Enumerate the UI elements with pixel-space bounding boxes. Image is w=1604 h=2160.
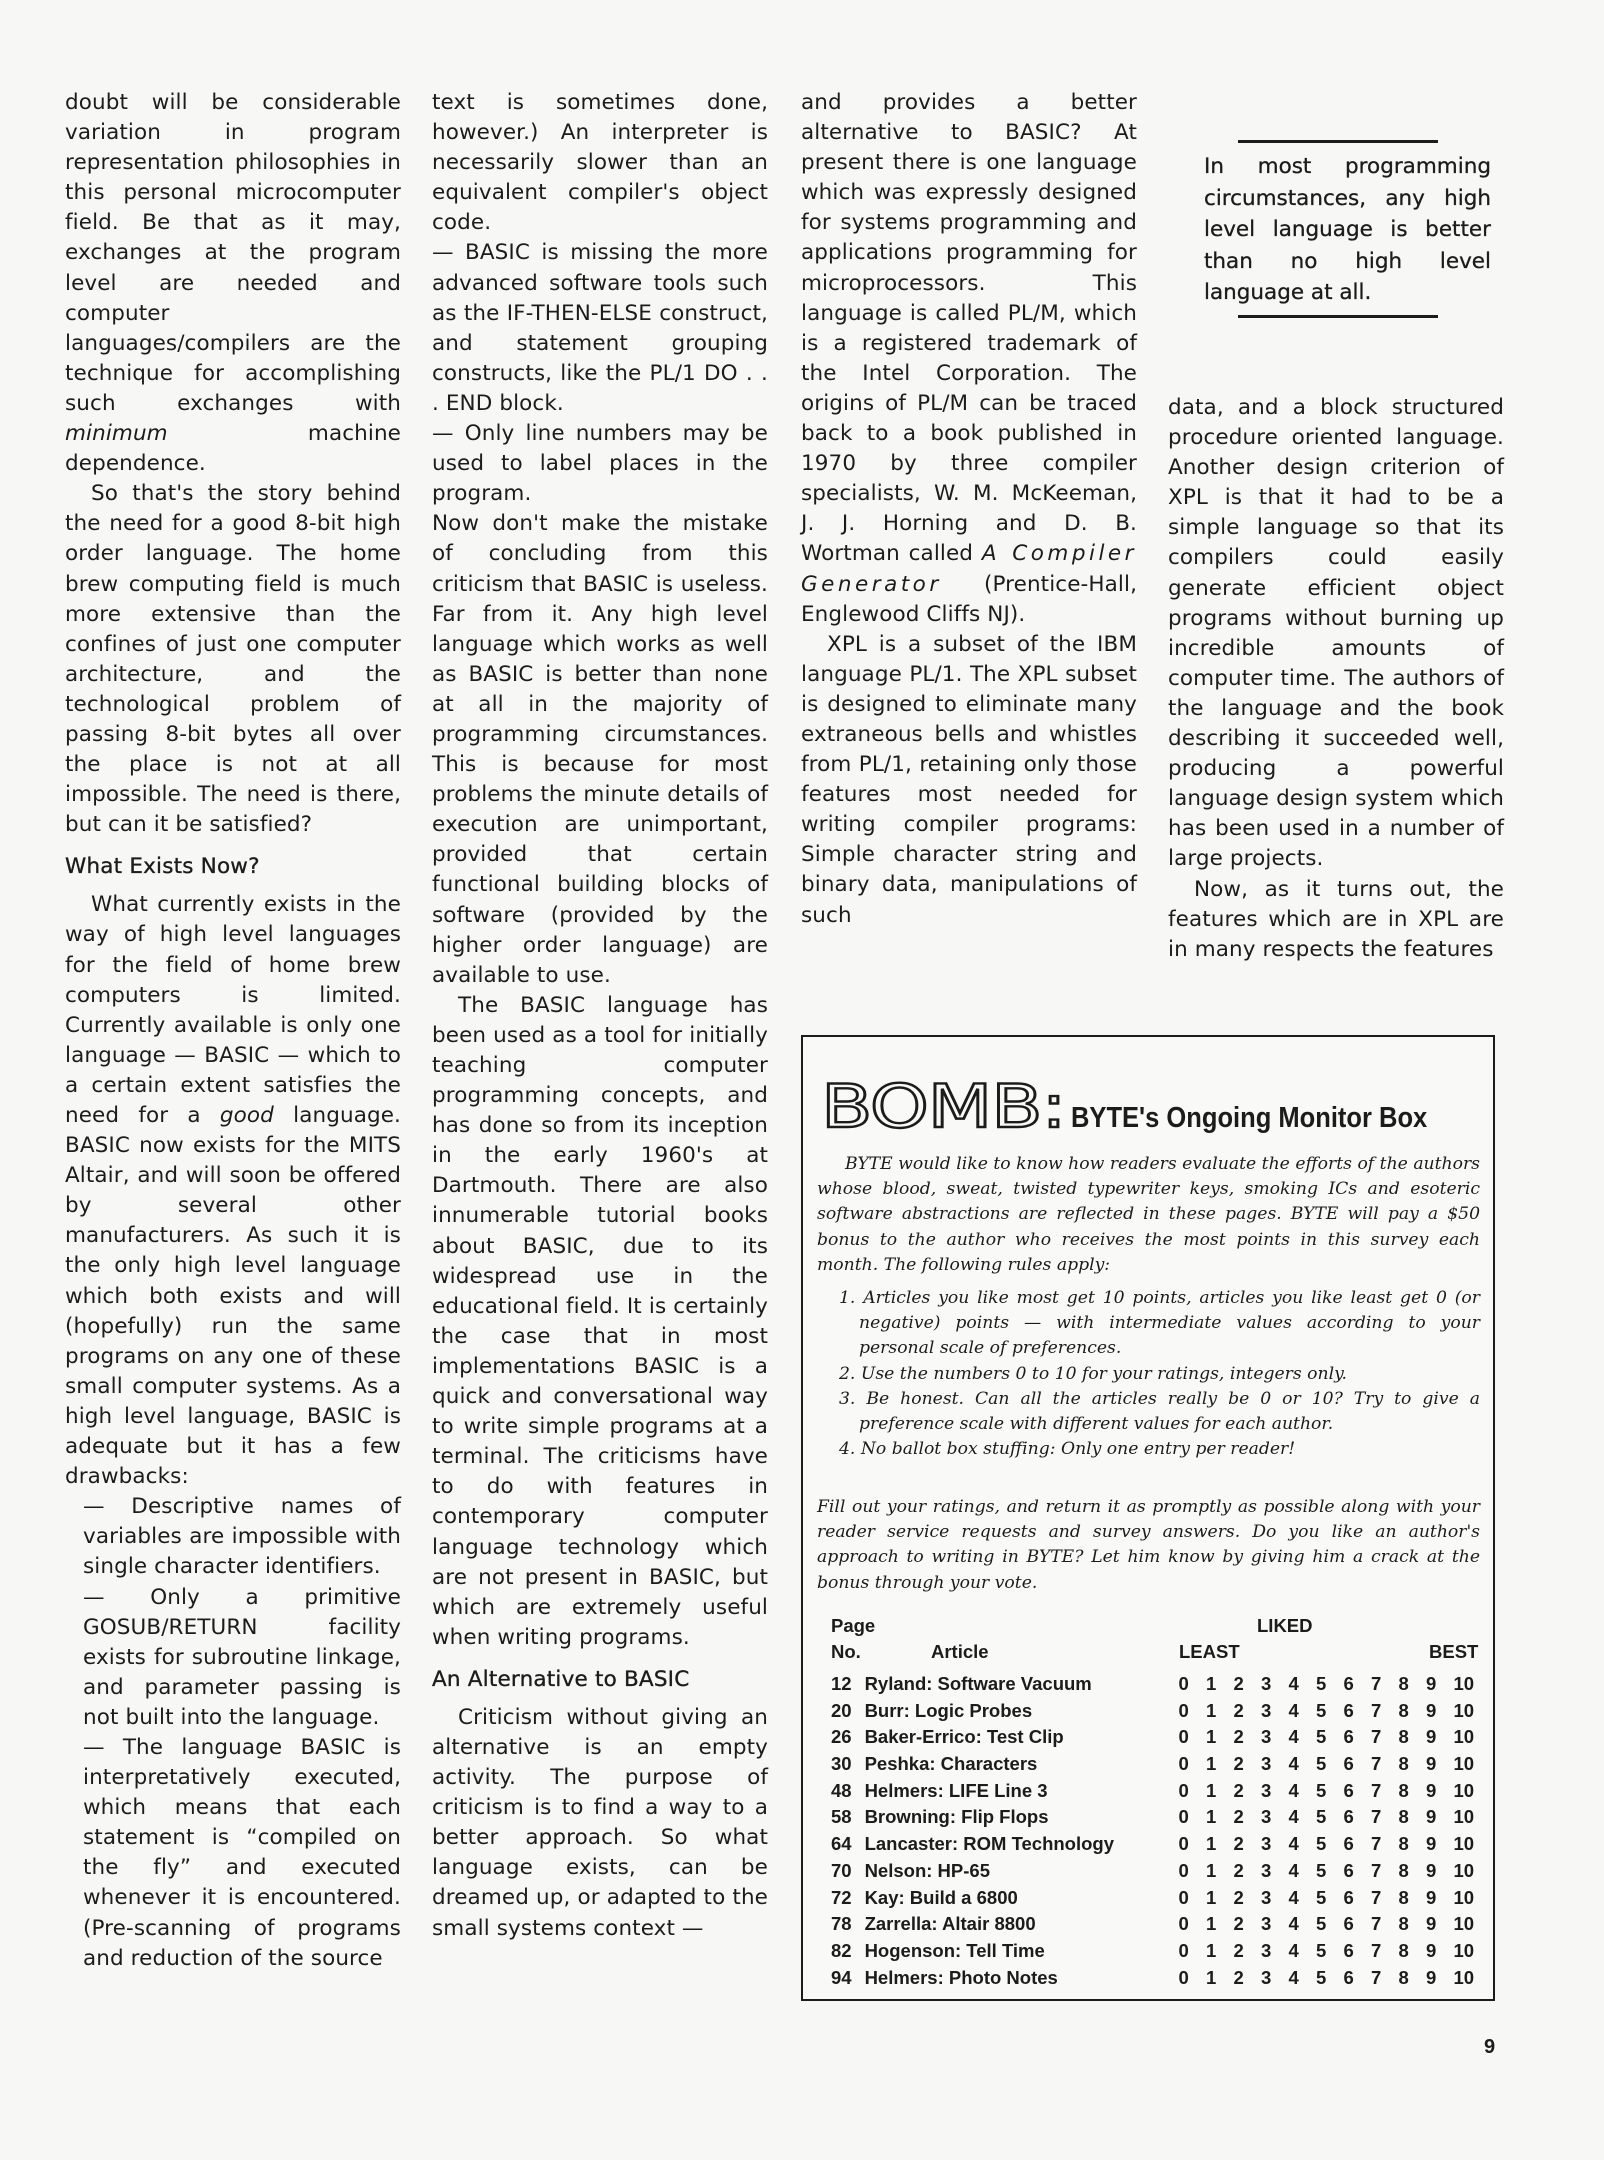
rating-option[interactable]: 4 — [1289, 1858, 1317, 1885]
rating-option[interactable]: 0 — [1179, 1724, 1207, 1751]
rating-scale: 012345678910 — [1179, 1698, 1482, 1725]
rating-option[interactable]: 9 — [1426, 1724, 1454, 1751]
rating-option[interactable]: 5 — [1316, 1858, 1344, 1885]
rating-scale: 012345678910 — [1179, 1885, 1482, 1912]
rating-option[interactable]: 10 — [1454, 1804, 1482, 1831]
rating-option[interactable]: 6 — [1344, 1911, 1372, 1938]
rating-option[interactable]: 0 — [1179, 1885, 1207, 1912]
header-page: Page — [831, 1615, 875, 1637]
rating-option[interactable]: 9 — [1426, 1965, 1454, 1992]
rating-option[interactable]: 10 — [1454, 1911, 1482, 1938]
rating-option[interactable]: 10 — [1454, 1831, 1482, 1858]
rating-option[interactable]: 2 — [1234, 1938, 1262, 1965]
page-no: 78 — [831, 1911, 865, 1938]
rating-option[interactable]: 6 — [1344, 1671, 1372, 1698]
rating-option[interactable]: 3 — [1261, 1751, 1289, 1778]
table-row: 94Helmers: Photo Notes012345678910 — [831, 1965, 1481, 1992]
rating-option[interactable]: 9 — [1426, 1885, 1454, 1912]
rule-item: 3. Be honest. Can all the articles reall… — [839, 1387, 1480, 1437]
rating-option[interactable]: 2 — [1234, 1698, 1262, 1725]
list-item: — Only a primitive GOSUB/RETURN facility… — [65, 1583, 401, 1733]
rating-option[interactable]: 4 — [1289, 1885, 1317, 1912]
rating-option[interactable]: 4 — [1289, 1671, 1317, 1698]
rating-option[interactable]: 1 — [1206, 1858, 1234, 1885]
rating-option[interactable]: 9 — [1426, 1698, 1454, 1725]
rating-option[interactable]: 2 — [1234, 1724, 1262, 1751]
article-column-3: and provides a better alternative to BAS… — [801, 88, 1137, 931]
rating-option[interactable]: 2 — [1234, 1965, 1262, 1992]
table-row: 30Peshka: Characters012345678910 — [831, 1751, 1481, 1778]
rule-item: 1. Articles you like most get 10 points,… — [839, 1286, 1480, 1362]
rating-option[interactable]: 5 — [1316, 1938, 1344, 1965]
rating-option[interactable]: 1 — [1206, 1911, 1234, 1938]
rating-option[interactable]: 1 — [1206, 1965, 1234, 1992]
paragraph: data, and a block structured procedure o… — [1168, 393, 1504, 875]
rating-option[interactable]: 1 — [1206, 1698, 1234, 1725]
rating-option[interactable]: 6 — [1344, 1965, 1372, 1992]
divider — [1238, 315, 1438, 318]
page-no: 72 — [831, 1885, 865, 1912]
header-least: LEAST — [1179, 1641, 1240, 1663]
rating-option[interactable]: 9 — [1426, 1671, 1454, 1698]
paragraph: Now, as it turns out, the features which… — [1168, 875, 1504, 965]
table-row: 64Lancaster: ROM Technology012345678910 — [831, 1831, 1481, 1858]
rating-option[interactable]: 6 — [1344, 1831, 1372, 1858]
bomb-title: BOMB: BYTE's Ongoing Monitor Box — [821, 1077, 1476, 1137]
rating-option[interactable]: 5 — [1316, 1778, 1344, 1805]
article-title: Browning: Flip Flops — [865, 1804, 1179, 1831]
pull-quote: In most programming circumstances, any h… — [1168, 140, 1501, 318]
rating-option[interactable]: 5 — [1316, 1698, 1344, 1725]
rating-option[interactable]: 1 — [1206, 1831, 1234, 1858]
rating-option[interactable]: 1 — [1206, 1751, 1234, 1778]
rating-option[interactable]: 8 — [1399, 1671, 1427, 1698]
article-column-4: data, and a block structured procedure o… — [1168, 393, 1504, 965]
rating-option[interactable]: 7 — [1371, 1724, 1399, 1751]
page-no: 26 — [831, 1724, 865, 1751]
rating-option[interactable]: 3 — [1261, 1671, 1289, 1698]
rating-option[interactable]: 8 — [1399, 1965, 1427, 1992]
rating-option[interactable]: 1 — [1206, 1885, 1234, 1912]
rating-option[interactable]: 7 — [1371, 1858, 1399, 1885]
article-title: Kay: Build a 6800 — [865, 1885, 1179, 1912]
header-article: Article — [931, 1641, 989, 1663]
rule-item: 4. No ballot box stuffing: Only one entr… — [839, 1437, 1480, 1462]
text: language. BASIC now exists for the MITS … — [65, 1103, 401, 1489]
rating-option[interactable]: 1 — [1206, 1671, 1234, 1698]
rating-option[interactable]: 3 — [1261, 1698, 1289, 1725]
paragraph: The BASIC language has been used as a to… — [432, 991, 768, 1653]
rating-option[interactable]: 3 — [1261, 1885, 1289, 1912]
article-title: Ryland: Software Vacuum — [865, 1671, 1179, 1698]
rating-option[interactable]: 9 — [1426, 1831, 1454, 1858]
rating-scale: 012345678910 — [1179, 1724, 1482, 1751]
rating-option[interactable]: 0 — [1179, 1858, 1207, 1885]
list-item: — BASIC is missing the more advanced sof… — [432, 238, 768, 419]
rating-option[interactable]: 4 — [1289, 1965, 1317, 1992]
article-title: Helmers: Photo Notes — [865, 1965, 1179, 1992]
rating-option[interactable]: 5 — [1316, 1804, 1344, 1831]
rating-option[interactable]: 3 — [1261, 1938, 1289, 1965]
rating-option[interactable]: 7 — [1371, 1671, 1399, 1698]
text: doubt will be considerable variation in … — [65, 90, 401, 416]
rating-option[interactable]: 3 — [1261, 1858, 1289, 1885]
rating-option[interactable]: 9 — [1426, 1858, 1454, 1885]
header-best: BEST — [1429, 1641, 1478, 1663]
rating-option[interactable]: 4 — [1289, 1911, 1317, 1938]
rating-option[interactable]: 8 — [1399, 1778, 1427, 1805]
paragraph: text is sometimes done, however.) An int… — [432, 88, 768, 238]
rating-option[interactable]: 10 — [1454, 1751, 1482, 1778]
bomb-closing: Fill out your ratings, and return it as … — [817, 1495, 1480, 1596]
table-row: 78Zarrella: Altair 8800012345678910 — [831, 1911, 1481, 1938]
table-body: 12Ryland: Software Vacuum01234567891020B… — [831, 1671, 1481, 1991]
rating-scale: 012345678910 — [1179, 1751, 1482, 1778]
rating-option[interactable]: 6 — [1344, 1804, 1372, 1831]
rating-option[interactable]: 1 — [1206, 1804, 1234, 1831]
rating-option[interactable]: 10 — [1454, 1698, 1482, 1725]
intro-text: BYTE would like to know how readers eval… — [817, 1152, 1480, 1278]
page-no: 64 — [831, 1831, 865, 1858]
rating-scale: 012345678910 — [1179, 1858, 1482, 1885]
rating-option[interactable]: 8 — [1399, 1724, 1427, 1751]
rating-option[interactable]: 0 — [1179, 1831, 1207, 1858]
rating-option[interactable]: 9 — [1426, 1778, 1454, 1805]
rating-option[interactable]: 10 — [1454, 1778, 1482, 1805]
page-no: 70 — [831, 1858, 865, 1885]
page-no: 94 — [831, 1965, 865, 1992]
rating-option[interactable]: 2 — [1234, 1911, 1262, 1938]
rating-option[interactable]: 0 — [1179, 1778, 1207, 1805]
rating-option[interactable]: 7 — [1371, 1778, 1399, 1805]
text: and provides a better alternative to BAS… — [801, 90, 1137, 566]
list-item: — Only line numbers may be used to label… — [432, 419, 768, 509]
rating-option[interactable]: 6 — [1344, 1938, 1372, 1965]
article-title: Peshka: Characters — [865, 1751, 1179, 1778]
article-column-2: text is sometimes done, however.) An int… — [432, 88, 768, 1944]
rating-option[interactable]: 3 — [1261, 1804, 1289, 1831]
rating-option[interactable]: 5 — [1316, 1911, 1344, 1938]
rating-option[interactable]: 7 — [1371, 1938, 1399, 1965]
page-number: 9 — [1484, 2036, 1495, 2059]
article-title: Helmers: LIFE Line 3 — [865, 1778, 1179, 1805]
rating-option[interactable]: 7 — [1371, 1911, 1399, 1938]
article-column-1: doubt will be considerable variation in … — [65, 88, 401, 1974]
paragraph: What currently exists in the way of high… — [65, 890, 401, 1492]
list-item: — Descriptive names of variables are imp… — [65, 1492, 401, 1582]
text: What currently exists in the way of high… — [65, 892, 401, 1128]
page-no: 58 — [831, 1804, 865, 1831]
rating-option[interactable]: 8 — [1399, 1911, 1427, 1938]
rating-option[interactable]: 10 — [1454, 1671, 1482, 1698]
table-row: 72Kay: Build a 6800012345678910 — [831, 1885, 1481, 1912]
paragraph: doubt will be considerable variation in … — [65, 88, 401, 479]
table-row: 12Ryland: Software Vacuum012345678910 — [831, 1671, 1481, 1698]
rating-option[interactable]: 2 — [1234, 1751, 1262, 1778]
rating-option[interactable]: 1 — [1206, 1938, 1234, 1965]
rating-option[interactable]: 5 — [1316, 1831, 1344, 1858]
rating-option[interactable]: 0 — [1179, 1751, 1207, 1778]
closing-text: Fill out your ratings, and return it as … — [817, 1495, 1480, 1596]
rating-option[interactable]: 0 — [1179, 1804, 1207, 1831]
bomb-intro: BYTE would like to know how readers eval… — [817, 1152, 1480, 1278]
rating-option[interactable]: 6 — [1344, 1885, 1372, 1912]
rating-option[interactable]: 5 — [1316, 1885, 1344, 1912]
rating-option[interactable]: 5 — [1316, 1724, 1344, 1751]
article-title: Lancaster: ROM Technology — [865, 1831, 1179, 1858]
rating-option[interactable]: 0 — [1179, 1911, 1207, 1938]
rating-option[interactable]: 6 — [1344, 1698, 1372, 1725]
paragraph: So that's the story behind the need for … — [65, 479, 401, 840]
rating-option[interactable]: 1 — [1206, 1778, 1234, 1805]
rating-option[interactable]: 7 — [1371, 1804, 1399, 1831]
table-row: 82Hogenson: Tell Time012345678910 — [831, 1938, 1481, 1965]
rating-option[interactable]: 0 — [1179, 1965, 1207, 1992]
rating-option[interactable]: 2 — [1234, 1671, 1262, 1698]
rating-option[interactable]: 6 — [1344, 1778, 1372, 1805]
rating-option[interactable]: 0 — [1179, 1938, 1207, 1965]
article-title: Nelson: HP-65 — [865, 1858, 1179, 1885]
rating-scale: 012345678910 — [1179, 1965, 1482, 1992]
rating-scale: 012345678910 — [1179, 1804, 1482, 1831]
header-liked: LIKED — [1257, 1615, 1313, 1637]
rating-option[interactable]: 2 — [1234, 1885, 1262, 1912]
page-no: 48 — [831, 1778, 865, 1805]
rating-option[interactable]: 8 — [1399, 1858, 1427, 1885]
section-heading: What Exists Now? — [65, 852, 401, 882]
bomb-survey-box: BOMB: BYTE's Ongoing Monitor Box BYTE wo… — [801, 1035, 1495, 2001]
table-row: 26Baker-Errico: Test Clip012345678910 — [831, 1724, 1481, 1751]
rating-option[interactable]: 2 — [1234, 1804, 1262, 1831]
article-title: Zarrella: Altair 8800 — [865, 1911, 1179, 1938]
rating-option[interactable]: 10 — [1454, 1724, 1482, 1751]
rating-option[interactable]: 4 — [1289, 1751, 1317, 1778]
rating-option[interactable]: 10 — [1454, 1938, 1482, 1965]
rating-option[interactable]: 2 — [1234, 1831, 1262, 1858]
paragraph: and provides a better alternative to BAS… — [801, 88, 1137, 630]
article-title: Baker-Errico: Test Clip — [865, 1724, 1179, 1751]
rating-option[interactable]: 9 — [1426, 1751, 1454, 1778]
rules-list: 1. Articles you like most get 10 points,… — [839, 1286, 1480, 1462]
rating-option[interactable]: 10 — [1454, 1885, 1482, 1912]
rating-option[interactable]: 9 — [1426, 1938, 1454, 1965]
table-row: 48Helmers: LIFE Line 3012345678910 — [831, 1778, 1481, 1805]
rating-option[interactable]: 8 — [1399, 1698, 1427, 1725]
rating-option[interactable]: 1 — [1206, 1724, 1234, 1751]
rating-option[interactable]: 5 — [1316, 1965, 1344, 1992]
rating-scale: 012345678910 — [1179, 1911, 1482, 1938]
page-no: 30 — [831, 1751, 865, 1778]
rating-option[interactable]: 4 — [1289, 1778, 1317, 1805]
rating-option[interactable]: 6 — [1344, 1751, 1372, 1778]
rating-option[interactable]: 3 — [1261, 1911, 1289, 1938]
page-no: 20 — [831, 1698, 865, 1725]
bomb-subtitle: BYTE's Ongoing Monitor Box — [1071, 1102, 1427, 1135]
table-row: 20Burr: Logic Probes012345678910 — [831, 1698, 1481, 1725]
rating-option[interactable]: 5 — [1316, 1751, 1344, 1778]
paragraph: Criticism without giving an alternative … — [432, 1703, 768, 1944]
table-row: 70Nelson: HP-65012345678910 — [831, 1858, 1481, 1885]
rating-option[interactable]: 7 — [1371, 1885, 1399, 1912]
rating-table: Page No. Article LIKED LEAST BEST 12Ryla… — [831, 1615, 1481, 1991]
rating-option[interactable]: 3 — [1261, 1724, 1289, 1751]
rating-option[interactable]: 10 — [1454, 1965, 1482, 1992]
rating-option[interactable]: 0 — [1179, 1671, 1207, 1698]
rating-scale: 012345678910 — [1179, 1831, 1482, 1858]
rating-option[interactable]: 8 — [1399, 1804, 1427, 1831]
page-no: 12 — [831, 1671, 865, 1698]
section-heading: An Alternative to BASIC — [432, 1665, 768, 1695]
rating-option[interactable]: 8 — [1399, 1938, 1427, 1965]
rating-option[interactable]: 0 — [1179, 1698, 1207, 1725]
list-item: — The language BASIC is interpretatively… — [65, 1733, 401, 1974]
rating-option[interactable]: 6 — [1344, 1724, 1372, 1751]
rating-option[interactable]: 4 — [1289, 1938, 1317, 1965]
rating-option[interactable]: 6 — [1344, 1858, 1372, 1885]
rating-option[interactable]: 4 — [1289, 1698, 1317, 1725]
page-no: 82 — [831, 1938, 865, 1965]
rating-option[interactable]: 7 — [1371, 1831, 1399, 1858]
rating-option[interactable]: 8 — [1399, 1831, 1427, 1858]
rating-option[interactable]: 8 — [1399, 1885, 1427, 1912]
emphasis: minimum — [65, 421, 168, 446]
rating-scale: 012345678910 — [1179, 1671, 1482, 1698]
rating-scale: 012345678910 — [1179, 1938, 1482, 1965]
rating-option[interactable]: 2 — [1234, 1778, 1262, 1805]
rating-option[interactable]: 4 — [1289, 1804, 1317, 1831]
emphasis: good — [220, 1103, 274, 1128]
rating-option[interactable]: 4 — [1289, 1724, 1317, 1751]
rating-option[interactable]: 5 — [1316, 1671, 1344, 1698]
rating-option[interactable]: 3 — [1261, 1831, 1289, 1858]
article-title: Burr: Logic Probes — [865, 1698, 1179, 1725]
rating-option[interactable]: 7 — [1371, 1965, 1399, 1992]
paragraph: Now don't make the mistake of concluding… — [432, 509, 768, 991]
rating-option[interactable]: 9 — [1426, 1804, 1454, 1831]
rating-option[interactable]: 7 — [1371, 1698, 1399, 1725]
rating-option[interactable]: 10 — [1454, 1858, 1482, 1885]
table-row: 58Browning: Flip Flops012345678910 — [831, 1804, 1481, 1831]
rating-option[interactable]: 2 — [1234, 1858, 1262, 1885]
rating-option[interactable]: 4 — [1289, 1831, 1317, 1858]
rating-scale: 012345678910 — [1179, 1778, 1482, 1805]
rating-option[interactable]: 7 — [1371, 1751, 1399, 1778]
paragraph: XPL is a subset of the IBM language PL/1… — [801, 630, 1137, 931]
header-no: No. — [831, 1641, 861, 1663]
pull-quote-text: In most programming circumstances, any h… — [1168, 143, 1501, 309]
rating-option[interactable]: 8 — [1399, 1751, 1427, 1778]
rating-option[interactable]: 9 — [1426, 1911, 1454, 1938]
table-header: Page No. Article LIKED LEAST BEST — [831, 1615, 1481, 1671]
rating-option[interactable]: 3 — [1261, 1778, 1289, 1805]
rule-item: 2. Use the numbers 0 to 10 for your rati… — [839, 1362, 1480, 1387]
article-title: Hogenson: Tell Time — [865, 1938, 1179, 1965]
rating-option[interactable]: 3 — [1261, 1965, 1289, 1992]
